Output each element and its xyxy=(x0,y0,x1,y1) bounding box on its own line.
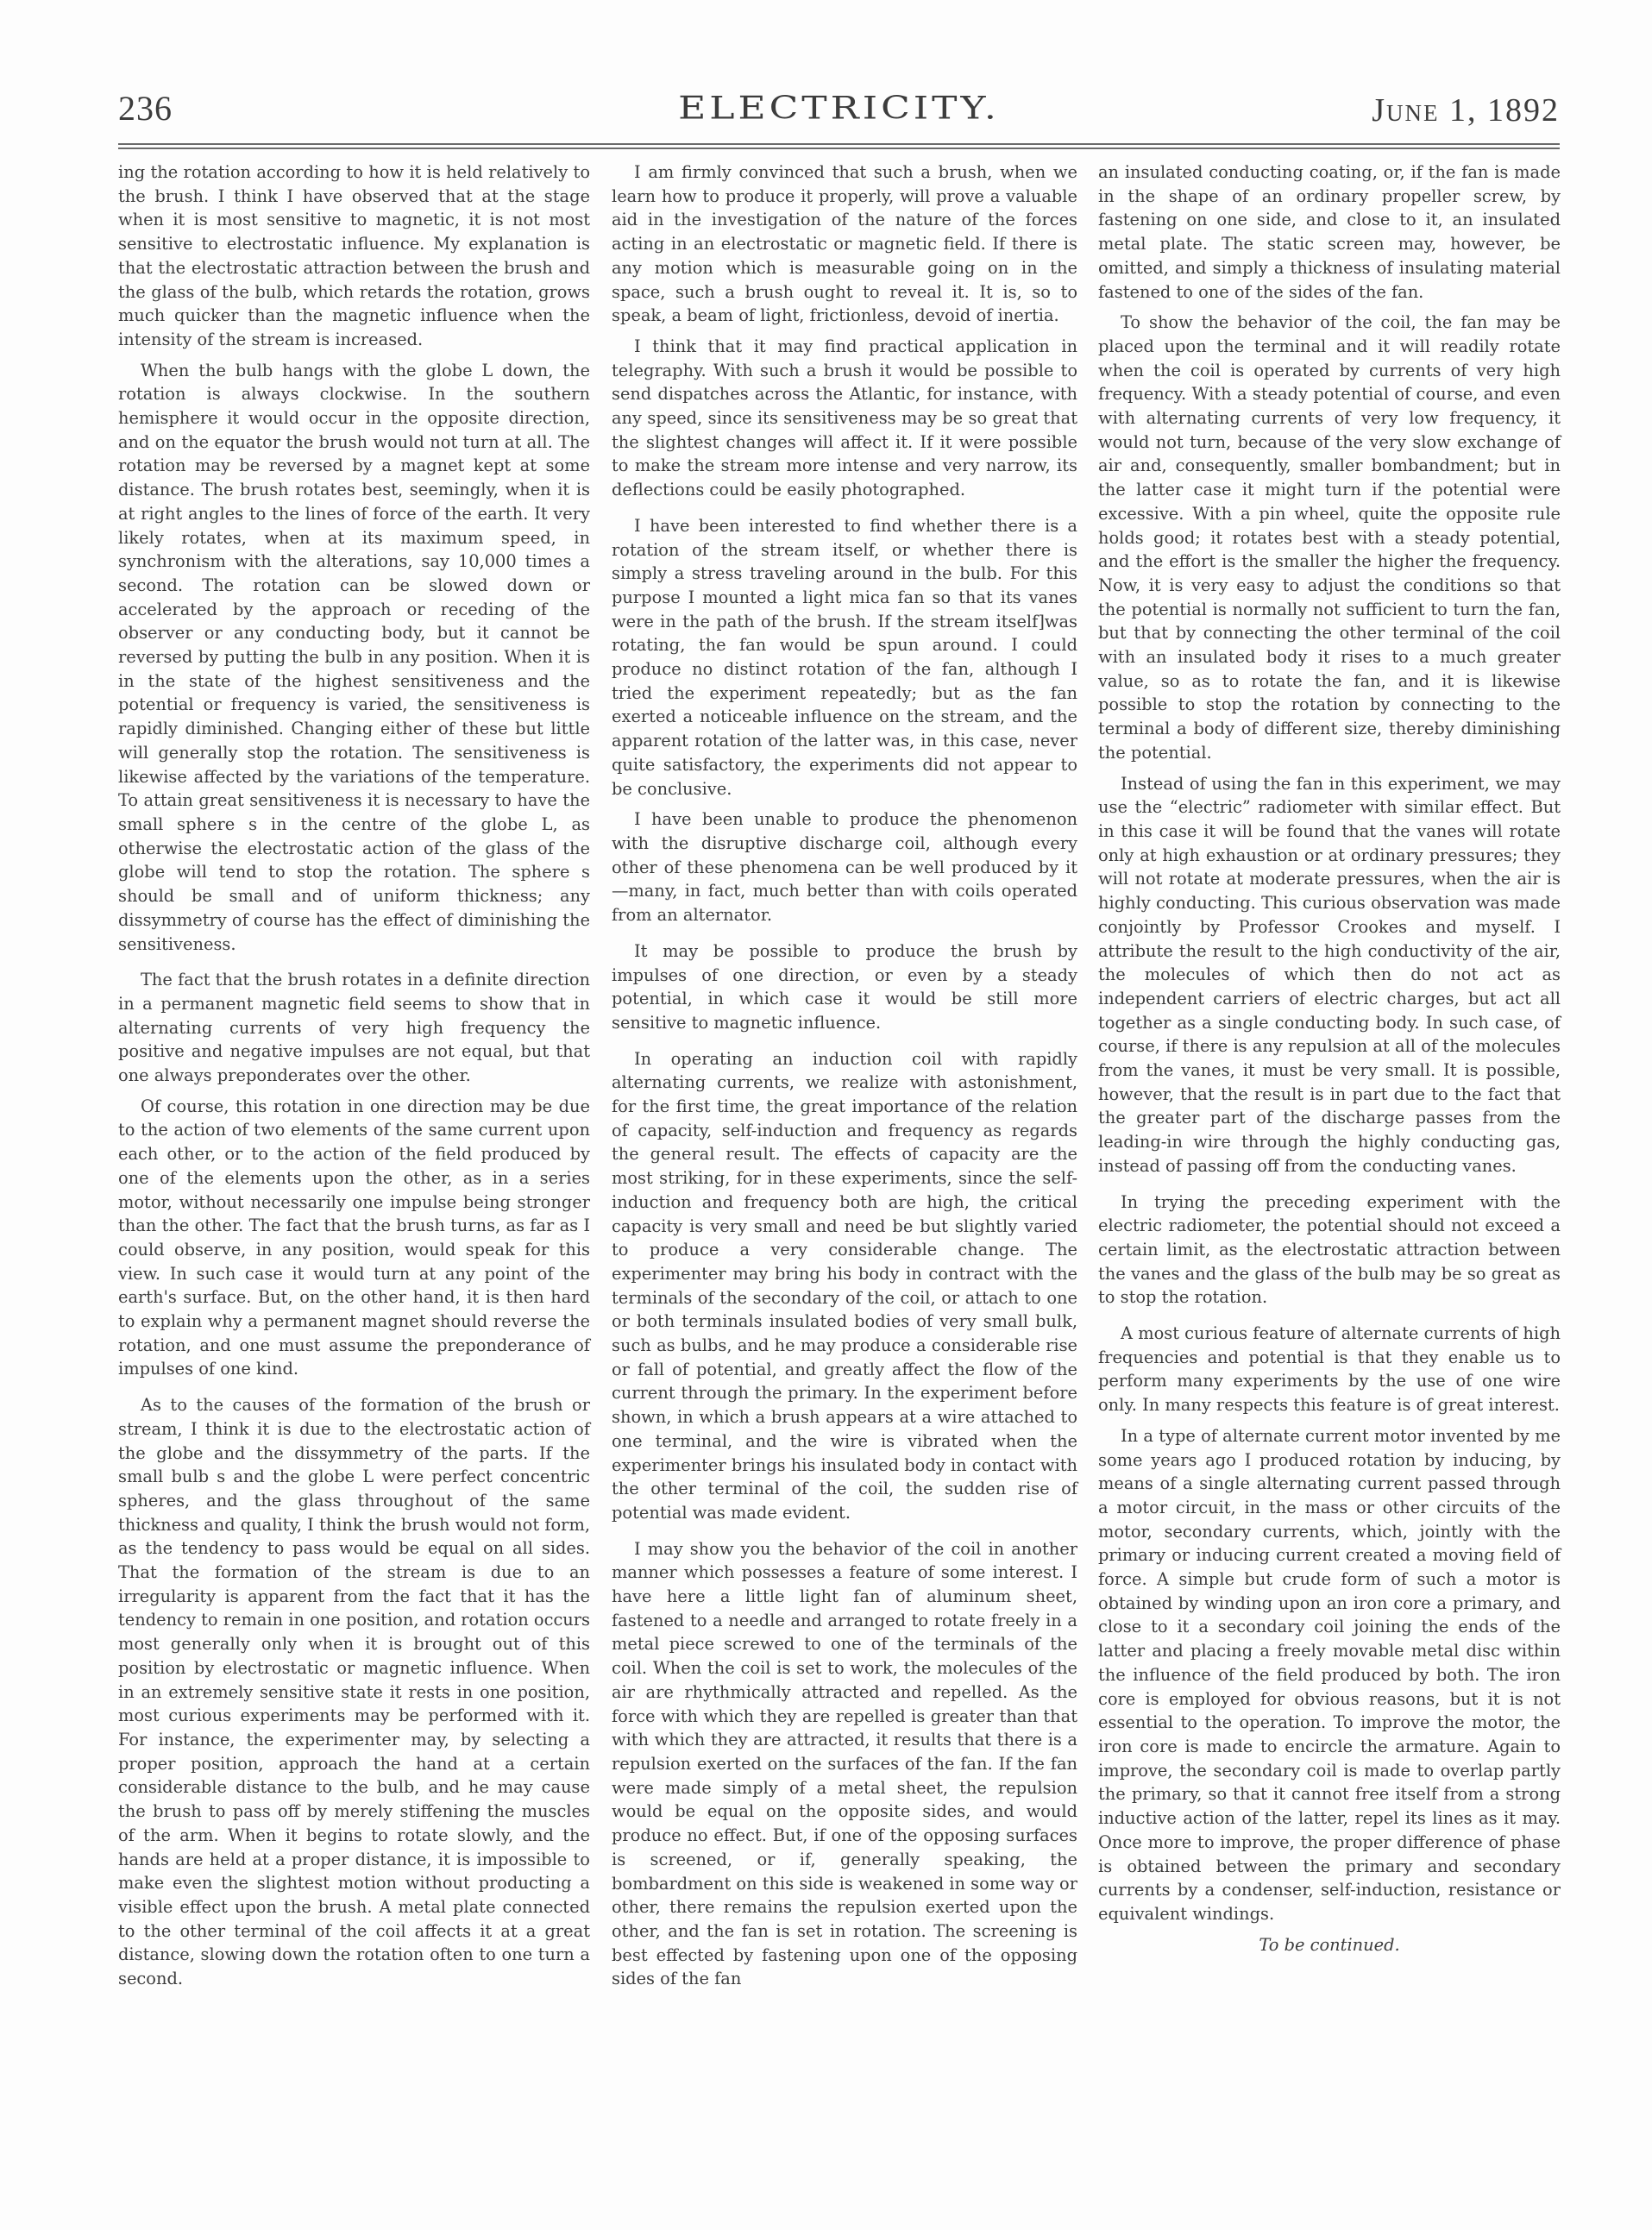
paragraph: To show the behavior of the coil, the fa… xyxy=(1098,311,1561,764)
paragraph: The fact that the brush rotates in a def… xyxy=(118,968,590,1088)
paragraph: I have been unable to produce the phenom… xyxy=(612,807,1077,927)
text-column-3: an insulated conducting coating, or, if … xyxy=(1098,160,1561,1963)
paragraph: an insulated conducting coating, or, if … xyxy=(1098,160,1561,304)
paragraph: In trying the preceding experiment with … xyxy=(1098,1190,1561,1310)
paragraph: When the bulb hangs with the globe L dow… xyxy=(118,359,590,957)
paragraph: Instead of using the fan in this experim… xyxy=(1098,772,1561,1178)
text-column-1: ing the rotation according to how it is … xyxy=(118,160,590,1998)
paragraph: I have been interested to find whether t… xyxy=(612,514,1077,801)
paragraph: A most curious feature of alternate curr… xyxy=(1098,1322,1561,1417)
paragraph: It may be possible to produce the brush … xyxy=(612,939,1077,1035)
masthead: 236 ELECTRICITY. June 1, 1892 xyxy=(118,79,1560,140)
paragraph: In a type of alternate current motor inv… xyxy=(1098,1424,1561,1926)
paragraph: Of course, this rotation in one directio… xyxy=(118,1095,590,1381)
issue-date: June 1, 1892 xyxy=(1372,91,1560,129)
paragraph: I may show you the behavior of the coil … xyxy=(612,1537,1077,1991)
header-rule-top xyxy=(118,143,1560,145)
text-column-2: I am firmly convinced that such a brush,… xyxy=(612,160,1077,1998)
paragraph: In operating an induction coil with rapi… xyxy=(612,1047,1077,1525)
paragraph: I am firmly convinced that such a brush,… xyxy=(612,160,1077,328)
paragraph: As to the causes of the formation of the… xyxy=(118,1393,590,1991)
paragraph: ing the rotation according to how it is … xyxy=(118,160,590,352)
journal-title: ELECTRICITY. xyxy=(118,91,1560,127)
header-rule-bottom xyxy=(118,148,1560,149)
newspaper-page: 236 ELECTRICITY. June 1, 1892 ing the ro… xyxy=(0,0,1652,2230)
paragraph: I think that it may find practical appli… xyxy=(612,335,1077,502)
to-be-continued-note: To be continued. xyxy=(1098,1933,1561,1957)
